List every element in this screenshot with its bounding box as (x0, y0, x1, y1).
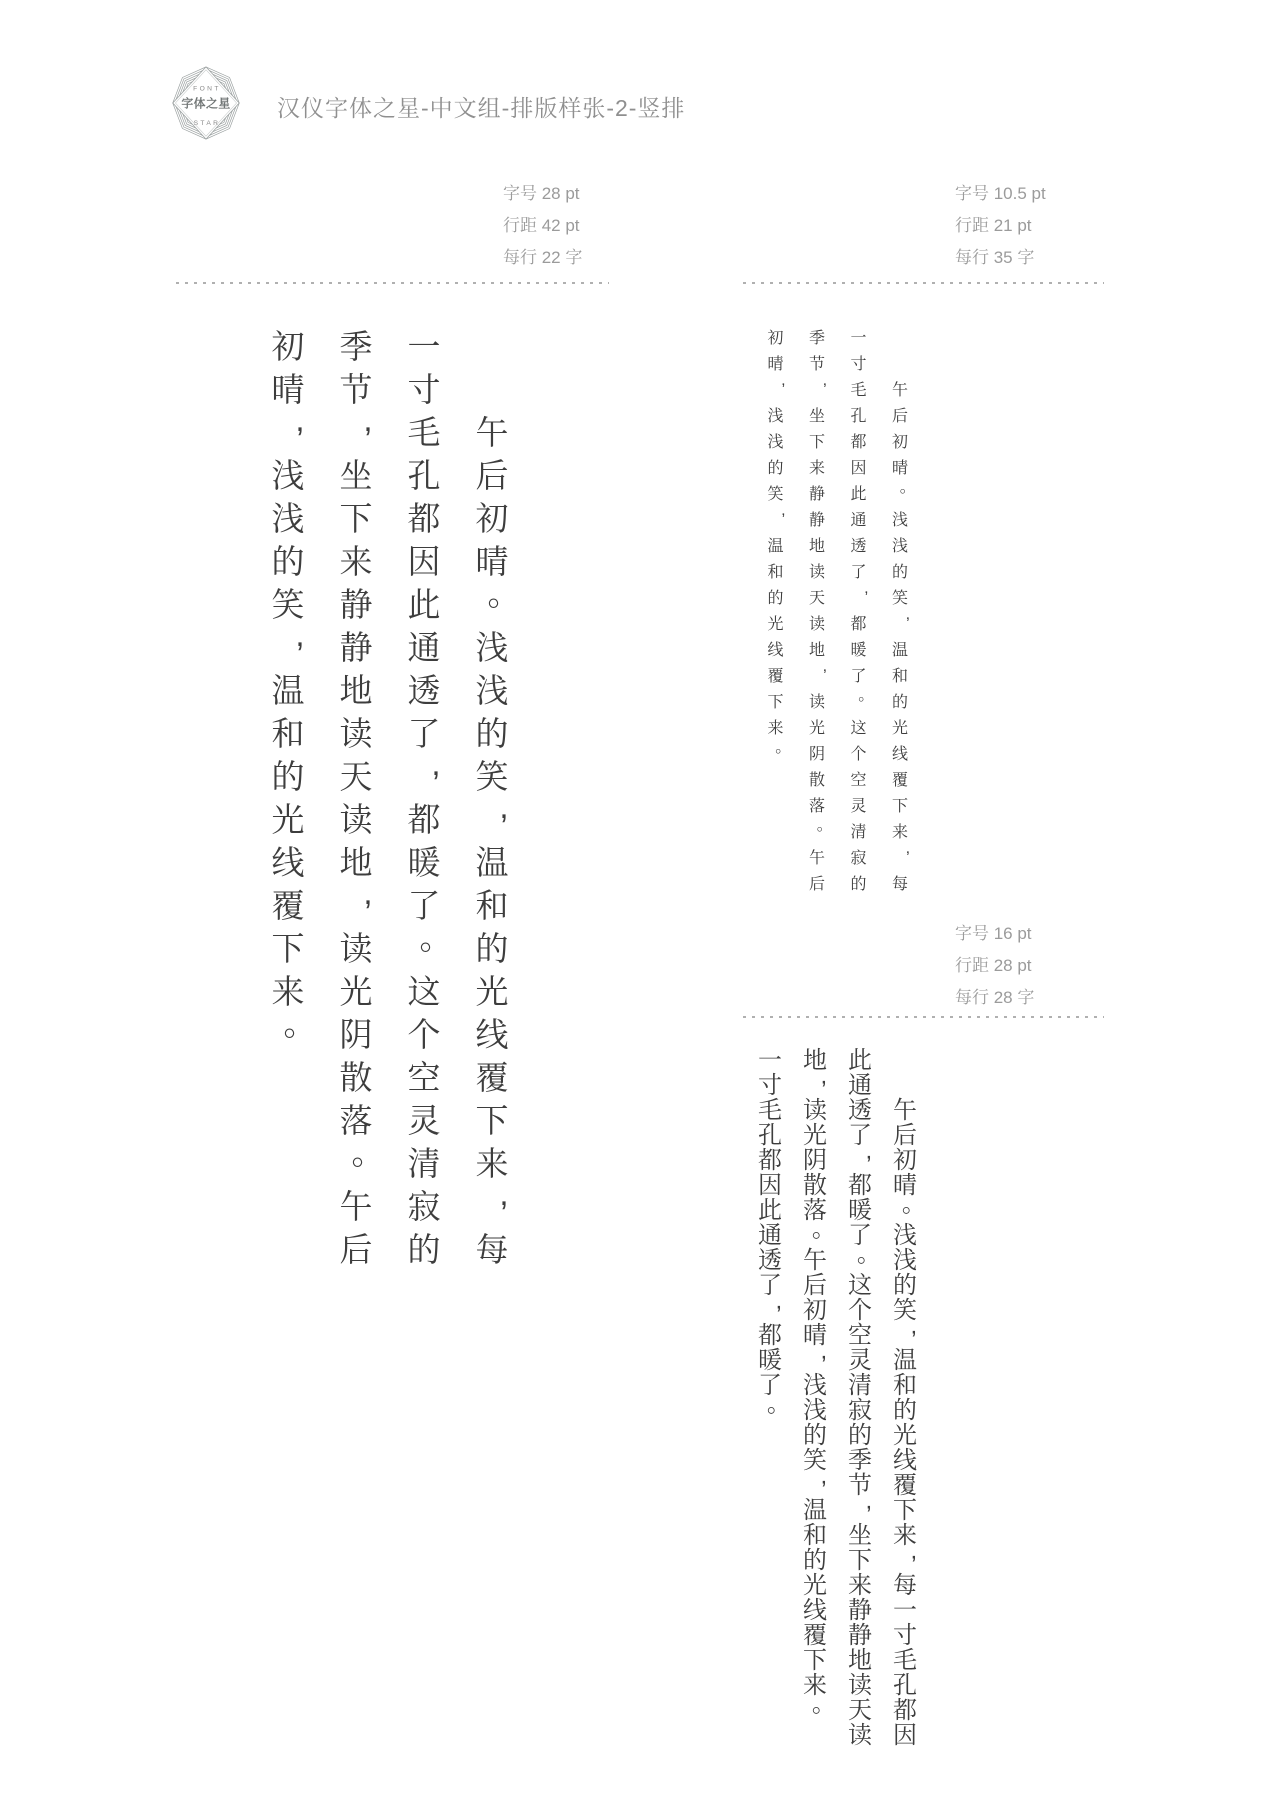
glyph: , (807, 1464, 841, 1489)
glyph: 浅 (798, 1395, 832, 1420)
glyph: 光 (265, 796, 311, 839)
glyph: 通 (753, 1220, 787, 1245)
glyph: 后 (802, 869, 832, 895)
glyph: 透 (844, 531, 874, 557)
glyph: 晴 (265, 366, 311, 409)
spec-labels-28pt: 字号 28 pt 行距 42 pt 每行 22 字 (503, 178, 582, 274)
glyph: 覆 (798, 1620, 832, 1645)
glyph: 都 (401, 495, 447, 538)
glyph: 的 (844, 869, 874, 895)
glyph: 下 (333, 495, 379, 538)
glyph: , (481, 785, 527, 828)
spec-labels-16pt: 字号 16 pt 行距 28 pt 每行 28 字 (955, 918, 1034, 1014)
glyph: 的 (798, 1420, 832, 1445)
glyph: 浅 (469, 624, 515, 667)
glyph: 线 (761, 635, 791, 661)
glyph: 每 (888, 1570, 922, 1595)
glyph: 下 (761, 687, 791, 713)
vertical-text-column: 午后初晴。浅浅的笑,温和的光线覆下来,每 (469, 409, 515, 1269)
glyph: 晴 (798, 1320, 832, 1345)
glyph: 笑 (469, 753, 515, 796)
glyph: 毛 (888, 1645, 922, 1670)
glyph: 静 (802, 505, 832, 531)
glyph: 初 (888, 1145, 922, 1170)
glyph: 这 (843, 1270, 877, 1295)
glyph: 浅 (888, 1245, 922, 1270)
glyph: 地 (802, 531, 832, 557)
glyph: 线 (798, 1595, 832, 1620)
glyph: , (768, 498, 798, 524)
glyph: 寂 (401, 1183, 447, 1226)
glyph: 落 (333, 1097, 379, 1140)
glyph: 浅 (469, 667, 515, 710)
glyph: 下 (843, 1545, 877, 1570)
glyph: 读 (802, 609, 832, 635)
glyph: 来 (761, 713, 791, 739)
glyph: 节 (843, 1470, 877, 1495)
glyph: 静 (843, 1620, 877, 1645)
glyph: 每 (469, 1226, 515, 1269)
glyph: 的 (843, 1420, 877, 1445)
logo-top-text: FONT (193, 86, 221, 93)
glyph: 的 (265, 538, 311, 581)
glyph: 灵 (844, 791, 874, 817)
glyph: 暖 (843, 1195, 877, 1220)
glyph: 孔 (401, 452, 447, 495)
chars-per-line-label: 每行 22 字 (503, 242, 582, 274)
glyph: , (345, 398, 391, 441)
glyph: 和 (761, 557, 791, 583)
glyph: 午 (885, 375, 915, 401)
glyph: 此 (401, 581, 447, 624)
glyph: 读 (802, 557, 832, 583)
glyph: 了 (401, 710, 447, 753)
glyph: 下 (469, 1097, 515, 1140)
glyph: 来 (843, 1570, 877, 1595)
glyph: 了 (843, 1120, 877, 1145)
glyph: 后 (885, 401, 915, 427)
glyph: 的 (469, 710, 515, 753)
glyph: 透 (753, 1245, 787, 1270)
glyph: 晴 (885, 453, 915, 479)
glyph: 后 (469, 452, 515, 495)
glyph: 静 (802, 479, 832, 505)
glyph: 读 (802, 687, 832, 713)
specimen-block-10-5pt: 午后初晴。浅浅的笑,温和的光线覆下来,每一寸毛孔都因此通透了,都暖了。这个空灵清… (0, 0, 1280, 1810)
glyph: 温 (885, 635, 915, 661)
glyph: 暖 (753, 1345, 787, 1370)
glyph: 覆 (885, 765, 915, 791)
glyph: 覆 (888, 1470, 922, 1495)
glyph: 浅 (888, 1220, 922, 1245)
glyph: 天 (333, 753, 379, 796)
vertical-text-column: 一寸毛孔都因此通透了,都暖了。这个空灵清寂的 (401, 323, 447, 1269)
glyph: 的 (265, 753, 311, 796)
glyph: 孔 (888, 1670, 922, 1695)
glyph: 灵 (843, 1345, 877, 1370)
glyph: 地 (802, 635, 832, 661)
glyph: 读 (843, 1670, 877, 1695)
font-size-label: 字号 28 pt (503, 178, 582, 210)
vertical-text-column: 此通透了,都暖了。这个空灵清寂的季节,坐下来静静地读天读 (843, 1045, 877, 1745)
glyph: 晴 (469, 538, 515, 581)
glyph: 浅 (265, 495, 311, 538)
vertical-text-column: 初晴,浅浅的笑,温和的光线覆下来。 (265, 323, 311, 1054)
glyph: 笑 (885, 583, 915, 609)
glyph: 通 (843, 1070, 877, 1095)
glyph: , (807, 1339, 841, 1364)
glyph: 空 (843, 1320, 877, 1345)
glyph: 一 (844, 323, 874, 349)
glyph: , (852, 1489, 886, 1514)
glyph: 的 (761, 583, 791, 609)
glyph: 线 (469, 1011, 515, 1054)
glyph: , (413, 742, 459, 785)
glyph: 都 (753, 1145, 787, 1170)
glyph: 读 (333, 710, 379, 753)
glyph: 落 (798, 1195, 832, 1220)
glyph: 季 (333, 323, 379, 366)
glyph: 清 (401, 1140, 447, 1183)
glyph: 灵 (401, 1097, 447, 1140)
vertical-text-column: 地,读光阴散落。午后初晴,浅浅的笑,温和的光线覆下来。 (798, 1045, 832, 1720)
glyph: 了 (753, 1370, 787, 1395)
vertical-text-column: 午后初晴。浅浅的笑,温和的光线覆下来,每一寸毛孔都因 (888, 1095, 922, 1745)
glyph: 空 (401, 1054, 447, 1097)
glyph: 和 (888, 1370, 922, 1395)
glyph: 一 (888, 1595, 922, 1620)
glyph: 初 (469, 495, 515, 538)
glyph: 。 (897, 1189, 931, 1214)
glyph: , (851, 576, 881, 602)
glyph: 寸 (888, 1620, 922, 1645)
glyph: 寸 (844, 349, 874, 375)
glyph: 毛 (844, 375, 874, 401)
font-size-label: 字号 10.5 pt (955, 178, 1046, 210)
glyph: 透 (843, 1095, 877, 1120)
glyph: , (277, 398, 323, 441)
glyph: 午 (888, 1095, 922, 1120)
dotted-separator (176, 282, 609, 284)
specimen-block-28pt: 午后初晴。浅浅的笑,温和的光线覆下来,每一寸毛孔都因此通透了,都暖了。这个空灵清… (0, 0, 1280, 1810)
glyph: 孔 (753, 1120, 787, 1145)
glyph: 浅 (885, 531, 915, 557)
glyph: 的 (885, 557, 915, 583)
glyph: 覆 (469, 1054, 515, 1097)
glyph: 浅 (761, 427, 791, 453)
logo-bottom-text: STAR (194, 120, 221, 127)
glyph: 浅 (885, 505, 915, 531)
glyph: 浅 (265, 452, 311, 495)
glyph: 午 (798, 1245, 832, 1270)
glyph: 地 (798, 1045, 832, 1070)
glyph: , (762, 1289, 796, 1314)
leading-label: 行距 42 pt (503, 210, 582, 242)
glyph: 寸 (753, 1070, 787, 1095)
glyph: , (481, 1172, 527, 1215)
glyph: , (345, 871, 391, 914)
glyph: 午 (802, 843, 832, 869)
glyph: 的 (888, 1395, 922, 1420)
glyph: 温 (265, 667, 311, 710)
glyph: 静 (333, 581, 379, 624)
leading-label: 行距 28 pt (955, 950, 1034, 982)
glyph: 来 (798, 1670, 832, 1695)
glyph: 个 (401, 1011, 447, 1054)
glyph: 节 (802, 349, 832, 375)
glyph: 后 (333, 1226, 379, 1269)
glyph: , (810, 368, 840, 394)
glyph: 一 (753, 1045, 787, 1070)
glyph: 温 (761, 531, 791, 557)
glyph: 坐 (843, 1520, 877, 1545)
glyph: 下 (888, 1495, 922, 1520)
glyph: 此 (844, 479, 874, 505)
glyph: 的 (469, 925, 515, 968)
glyph: 线 (885, 739, 915, 765)
glyph: 晴 (761, 349, 791, 375)
glyph: 毛 (753, 1095, 787, 1120)
glyph: 读 (333, 796, 379, 839)
glyph: 清 (843, 1370, 877, 1395)
logo-center-text: 字体之星 (181, 96, 230, 110)
glyph: 寸 (401, 366, 447, 409)
glyph: 来 (265, 968, 311, 1011)
glyph: 坐 (333, 452, 379, 495)
glyph: 。 (810, 810, 840, 836)
glyph: 暖 (401, 839, 447, 882)
glyph: 都 (401, 796, 447, 839)
glyph: 孔 (844, 401, 874, 427)
glyph: 。 (807, 1214, 841, 1239)
leading-label: 行距 21 pt (955, 210, 1046, 242)
glyph: , (897, 1539, 931, 1564)
glyph: 。 (481, 570, 527, 613)
glyph: 光 (802, 713, 832, 739)
glyph: 都 (844, 427, 874, 453)
glyph: 线 (888, 1445, 922, 1470)
glyph: 因 (753, 1170, 787, 1195)
glyph: 阴 (798, 1145, 832, 1170)
vertical-text-column: 季节,坐下来静静地读天读地,读光阴散落。午后 (802, 323, 832, 895)
glyph: 天 (802, 583, 832, 609)
glyph: 通 (844, 505, 874, 531)
glyph: 暖 (844, 635, 874, 661)
glyph: 初 (761, 323, 791, 349)
glyph: 。 (762, 1389, 796, 1414)
glyph: 线 (265, 839, 311, 882)
glyph: 地 (333, 667, 379, 710)
glyph: 。 (277, 1000, 323, 1043)
glyph: 光 (761, 609, 791, 635)
glyph: 地 (843, 1645, 877, 1670)
glyph: 午 (469, 409, 515, 452)
page: FONT 字体之星 STAR 汉仪字体之星-中文组-排版样张-2-竖排 字号 2… (0, 0, 1280, 1810)
glyph: 节 (333, 366, 379, 409)
glyph: 因 (844, 453, 874, 479)
glyph: 毛 (401, 409, 447, 452)
glyph: 笑 (265, 581, 311, 624)
glyph: 地 (333, 839, 379, 882)
glyph: 清 (844, 817, 874, 843)
glyph: , (852, 1139, 886, 1164)
vertical-text-column: 初晴,浅浅的笑,温和的光线覆下来。 (761, 323, 791, 765)
glyph: 初 (798, 1295, 832, 1320)
glyph: 笑 (798, 1445, 832, 1470)
glyph: 午 (333, 1183, 379, 1226)
glyph: 和 (265, 710, 311, 753)
glyph: 每 (885, 869, 915, 895)
glyph: 寂 (844, 843, 874, 869)
glyph: 下 (885, 791, 915, 817)
glyph: 因 (888, 1720, 922, 1745)
glyph: 来 (333, 538, 379, 581)
glyph: 散 (333, 1054, 379, 1097)
font-size-label: 字号 16 pt (955, 918, 1034, 950)
glyph: 初 (885, 427, 915, 453)
glyph: 此 (753, 1195, 787, 1220)
glyph: 散 (798, 1170, 832, 1195)
glyph: 。 (851, 680, 881, 706)
glyph: 坐 (802, 401, 832, 427)
glyph: 的 (401, 1226, 447, 1269)
glyph: 浅 (798, 1370, 832, 1395)
vertical-text-column: 季节,坐下来静静地读天读地,读光阴散落。午后 (333, 323, 379, 1269)
glyph: 阴 (802, 739, 832, 765)
glyph: 这 (401, 968, 447, 1011)
glyph: 的 (888, 1270, 922, 1295)
chars-per-line-label: 每行 28 字 (955, 982, 1034, 1014)
glyph: 的 (761, 453, 791, 479)
glyph: 后 (888, 1120, 922, 1145)
glyph: 阴 (333, 1011, 379, 1054)
glyph: 了 (401, 882, 447, 925)
document-title: 汉仪字体之星-中文组-排版样张-2-竖排 (277, 90, 685, 123)
glyph: 光 (333, 968, 379, 1011)
glyph: 静 (333, 624, 379, 667)
glyph: 覆 (265, 882, 311, 925)
glyph: 因 (401, 538, 447, 581)
glyph: 读 (798, 1095, 832, 1120)
dotted-separator (743, 282, 1104, 284)
glyph: 天 (843, 1695, 877, 1720)
glyph: 季 (802, 323, 832, 349)
glyph: 。 (768, 732, 798, 758)
glyph: 温 (798, 1495, 832, 1520)
glyph: 和 (798, 1520, 832, 1545)
glyph: 温 (469, 839, 515, 882)
glyph: 个 (843, 1295, 877, 1320)
vertical-text-column: 一寸毛孔都因此通透了,都暖了。 (753, 1045, 787, 1420)
glyph: 寂 (843, 1395, 877, 1420)
glyph: 。 (345, 1129, 391, 1172)
spec-labels-10-5pt: 字号 10.5 pt 行距 21 pt 每行 35 字 (955, 178, 1046, 274)
glyph: 散 (802, 765, 832, 791)
glyph: 光 (888, 1420, 922, 1445)
glyph: 了 (843, 1220, 877, 1245)
glyph: 。 (852, 1239, 886, 1264)
glyph: 和 (885, 661, 915, 687)
glyph: 都 (753, 1320, 787, 1345)
glyph: 了 (844, 557, 874, 583)
glyph: 个 (844, 739, 874, 765)
glyph: 通 (401, 624, 447, 667)
glyph: 笑 (761, 479, 791, 505)
glyph: 光 (885, 713, 915, 739)
dotted-separator (743, 1016, 1104, 1018)
glyph: 后 (798, 1270, 832, 1295)
glyph: , (768, 368, 798, 394)
glyph: 笑 (888, 1295, 922, 1320)
glyph: , (893, 836, 923, 862)
glyph: 了 (753, 1270, 787, 1295)
glyph: 透 (401, 667, 447, 710)
glyph: 温 (888, 1345, 922, 1370)
glyph: 一 (401, 323, 447, 366)
glyph: 下 (265, 925, 311, 968)
glyph: 下 (798, 1645, 832, 1670)
glyph: , (807, 1064, 841, 1089)
glyph: 初 (265, 323, 311, 366)
glyph: 了 (844, 661, 874, 687)
glyph: 。 (807, 1689, 841, 1714)
specimen-block-16pt: 午后初晴。浅浅的笑,温和的光线覆下来,每一寸毛孔都因此通透了,都暖了。这个空灵清… (0, 0, 1280, 1810)
glyph: 读 (843, 1720, 877, 1745)
glyph: 都 (844, 609, 874, 635)
glyph: 空 (844, 765, 874, 791)
glyph: 光 (469, 968, 515, 1011)
glyph: 季 (843, 1445, 877, 1470)
vertical-text-column: 一寸毛孔都因此通透了,都暖了。这个空灵清寂的 (844, 323, 874, 895)
glyph: , (810, 654, 840, 680)
glyph: 都 (888, 1695, 922, 1720)
glyph: 。 (893, 472, 923, 498)
glyph: 光 (798, 1570, 832, 1595)
glyph: 来 (885, 817, 915, 843)
chars-per-line-label: 每行 35 字 (955, 242, 1046, 274)
glyph: 浅 (761, 401, 791, 427)
glyph: , (897, 1314, 931, 1339)
glyph: 都 (843, 1170, 877, 1195)
glyph: 和 (469, 882, 515, 925)
glyph: 。 (413, 914, 459, 957)
glyph: 来 (888, 1520, 922, 1545)
glyph: 这 (844, 713, 874, 739)
glyph: 光 (798, 1120, 832, 1145)
glyph: 的 (885, 687, 915, 713)
vertical-text-column: 午后初晴。浅浅的笑,温和的光线覆下来,每 (885, 375, 915, 895)
glyph: 下 (802, 427, 832, 453)
glyph: 来 (802, 453, 832, 479)
glyph: 的 (798, 1545, 832, 1570)
glyph: 静 (843, 1595, 877, 1620)
font-star-logo: FONT 字体之星 STAR (168, 62, 244, 144)
glyph: , (893, 602, 923, 628)
glyph: 此 (843, 1045, 877, 1070)
glyph: 读 (333, 925, 379, 968)
glyph: 来 (469, 1140, 515, 1183)
glyph: 覆 (761, 661, 791, 687)
glyph: 落 (802, 791, 832, 817)
glyph: 晴 (888, 1170, 922, 1195)
glyph: , (277, 613, 323, 656)
